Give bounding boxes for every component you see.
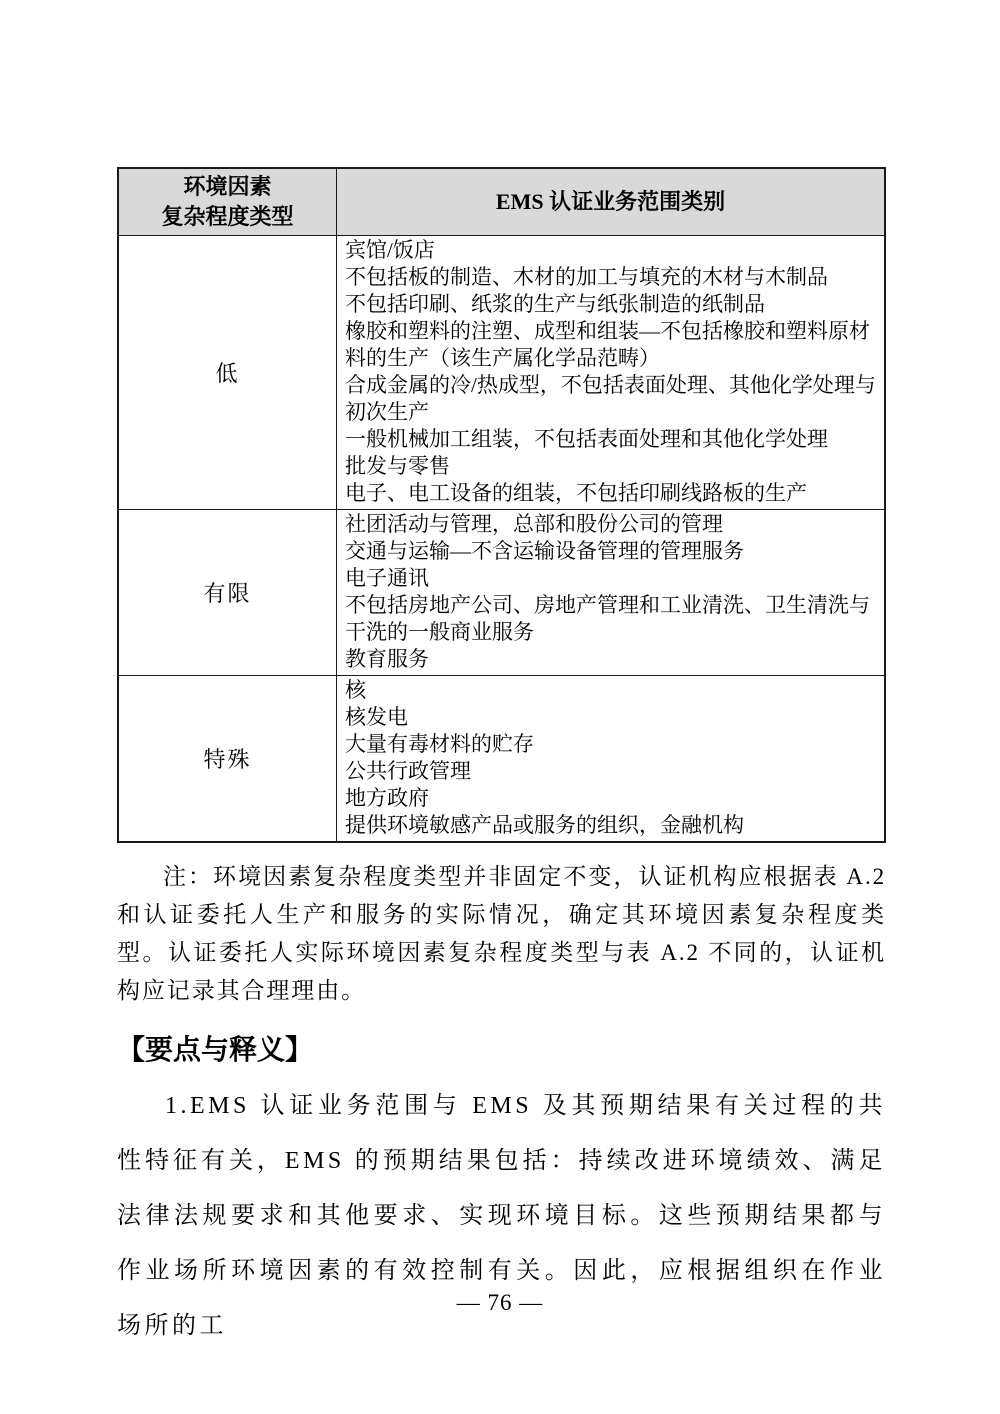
header-scope-category: EMS 认证业务范围类别 bbox=[337, 168, 886, 236]
ems-scope-table: 环境因素 复杂程度类型 EMS 认证业务范围类别 低宾馆/饭店不包括板的制造、木… bbox=[117, 167, 886, 843]
table-row: 有限社团活动与管理，总部和股份公司的管理交通与运输—不含运输设备管理的管理服务电… bbox=[118, 510, 885, 676]
scope-item: 宾馆/饭店 bbox=[345, 237, 878, 264]
table-body: 低宾馆/饭店不包括板的制造、木材的加工与填充的木材与木制品不包括印刷、纸浆的生产… bbox=[118, 236, 885, 843]
scope-item: 公共行政管理 bbox=[345, 758, 878, 785]
scope-item: 提供环境敏感产品或服务的组织，金融机构 bbox=[345, 812, 878, 839]
scope-items-cell: 核核发电大量有毒材料的贮存公共行政管理地方政府提供环境敏感产品或服务的组织，金融… bbox=[337, 676, 886, 843]
table-header: 环境因素 复杂程度类型 EMS 认证业务范围类别 bbox=[118, 168, 885, 236]
scope-items-cell: 宾馆/饭店不包括板的制造、木材的加工与填充的木材与木制品不包括印刷、纸浆的生产与… bbox=[337, 236, 886, 510]
table-note: 注：环境因素复杂程度类型并非固定不变，认证机构应根据表 A.2 和认证委托人生产… bbox=[117, 858, 886, 1010]
scope-item: 核 bbox=[345, 677, 878, 704]
scope-item: 不包括房地产公司、房地产管理和工业清洗、卫生清洗与干洗的一般商业服务 bbox=[345, 592, 878, 646]
section-header: 【要点与释义】 bbox=[117, 1033, 886, 1067]
scope-item: 不包括印刷、纸浆的生产与纸张制造的纸制品 bbox=[345, 291, 878, 318]
complexity-type-cell: 有限 bbox=[118, 510, 337, 676]
table-header-row: 环境因素 复杂程度类型 EMS 认证业务范围类别 bbox=[118, 168, 885, 236]
scope-item: 大量有毒材料的贮存 bbox=[345, 731, 878, 758]
page-content: 环境因素 复杂程度类型 EMS 认证业务范围类别 低宾馆/饭店不包括板的制造、木… bbox=[117, 167, 886, 1378]
scope-item: 批发与零售 bbox=[345, 453, 878, 480]
scope-item: 教育服务 bbox=[345, 646, 878, 673]
scope-item: 一般机械加工组装，不包括表面处理和其他化学处理 bbox=[345, 426, 878, 453]
complexity-type-cell: 特殊 bbox=[118, 676, 337, 843]
scope-item: 社团活动与管理，总部和股份公司的管理 bbox=[345, 511, 878, 538]
scope-item: 合成金属的冷/热成型，不包括表面处理、其他化学处理与初次生产 bbox=[345, 372, 878, 426]
header-complexity-type-line2: 复杂程度类型 bbox=[121, 202, 334, 232]
scope-item: 核发电 bbox=[345, 704, 878, 731]
scope-items-cell: 社团活动与管理，总部和股份公司的管理交通与运输—不含运输设备管理的管理服务电子通… bbox=[337, 510, 886, 676]
complexity-type-cell: 低 bbox=[118, 236, 337, 510]
scope-item: 地方政府 bbox=[345, 785, 878, 812]
header-complexity-type: 环境因素 复杂程度类型 bbox=[118, 168, 337, 236]
header-complexity-type-line1: 环境因素 bbox=[121, 172, 334, 202]
scope-item: 电子、电工设备的组装，不包括印刷线路板的生产 bbox=[345, 480, 878, 507]
scope-item: 不包括板的制造、木材的加工与填充的木材与木制品 bbox=[345, 264, 878, 291]
scope-item: 电子通讯 bbox=[345, 565, 878, 592]
scope-item: 交通与运输—不含运输设备管理的管理服务 bbox=[345, 538, 878, 565]
table-row: 低宾馆/饭店不包括板的制造、木材的加工与填充的木材与木制品不包括印刷、纸浆的生产… bbox=[118, 236, 885, 510]
page-number: — 76 — bbox=[0, 1290, 1000, 1316]
document-page: 环境因素 复杂程度类型 EMS 认证业务范围类别 低宾馆/饭店不包括板的制造、木… bbox=[0, 0, 1000, 1414]
scope-item: 橡胶和塑料的注塑、成型和组装—不包括橡胶和塑料原材料的生产（该生产属化学品范畴） bbox=[345, 318, 878, 372]
table-row: 特殊核核发电大量有毒材料的贮存公共行政管理地方政府提供环境敏感产品或服务的组织，… bbox=[118, 676, 885, 843]
